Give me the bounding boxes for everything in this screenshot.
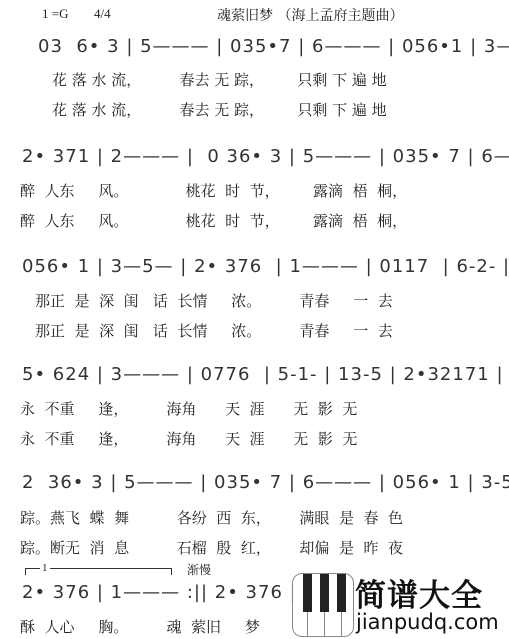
lyrics-verse-2: 那正 是 深 闺 话 长情 浓。 青春 一 去 <box>35 320 393 341</box>
lyrics-verse-1: 酥 人心 胸。 魂 萦旧 梦 <box>20 616 260 637</box>
notation-line: 5• 624 | 3——— | 0776 | 5-1- | 13-5 | 2•3… <box>22 364 504 385</box>
lyrics-verse-1: 醉 人东 风。 桃花 时 节， 露滴 梧 桐， <box>20 180 407 201</box>
first-ending-number: 1 <box>40 562 50 574</box>
notation-line: 2 36• 3 | 5——— | 035• 7 | 6——— | 056• 1 … <box>22 472 509 493</box>
lyrics-verse-2: 醉 人东 风。 桃花 时 节， 露滴 梧 桐， <box>20 210 407 231</box>
piano-keys-icon <box>292 573 354 637</box>
song-title: 魂萦旧梦 （海上孟府主题曲） <box>217 5 403 25</box>
tempo-marking: 渐慢 <box>187 561 211 578</box>
lyrics-verse-1: 永 不重 逢， 海角 天 涯 无 影 无 <box>20 398 357 419</box>
notation-line: 2• 376 | 1——— :|| 2• 376 | 1 <box>22 582 316 603</box>
lyrics-verse-1: 花 落 水 流， 春去 无 踪， 只剩 下 遍 地 <box>52 69 387 90</box>
lyrics-verse-1: 踪。燕飞 蝶 舞 各纷 西 东， 满眼 是 春 色 <box>20 507 403 528</box>
lyrics-verse-2: 花 落 水 流， 春去 无 踪， 只剩 下 遍 地 <box>52 99 387 120</box>
watermark-url: jianpudq.com <box>356 610 499 634</box>
watermark-brand-cn: 简谱大全 <box>355 570 483 615</box>
notation-line: 2• 371 | 2——— | 0 36• 3 | 5——— | 035• 7 … <box>22 146 509 167</box>
key-signature: 1 =G <box>42 6 68 22</box>
time-signature: 4/4 <box>94 6 111 22</box>
notation-line: 056• 1 | 3—5— | 2• 376 | 1——— | 0117 | 6… <box>22 256 509 277</box>
lyrics-verse-2: 永 不重 逢， 海角 天 涯 无 影 无 <box>20 428 357 449</box>
lyrics-verse-1: 那正 是 深 闺 话 长情 浓。 青春 一 去 <box>35 290 393 311</box>
notation-line: 03 6• 3 | 5——— | 035•7 | 6——— | 056•1 | … <box>38 36 509 57</box>
lyrics-verse-2: 踪。断无 消 息 石榴 殷 红， 却偏 是 昨 夜 <box>20 537 403 558</box>
